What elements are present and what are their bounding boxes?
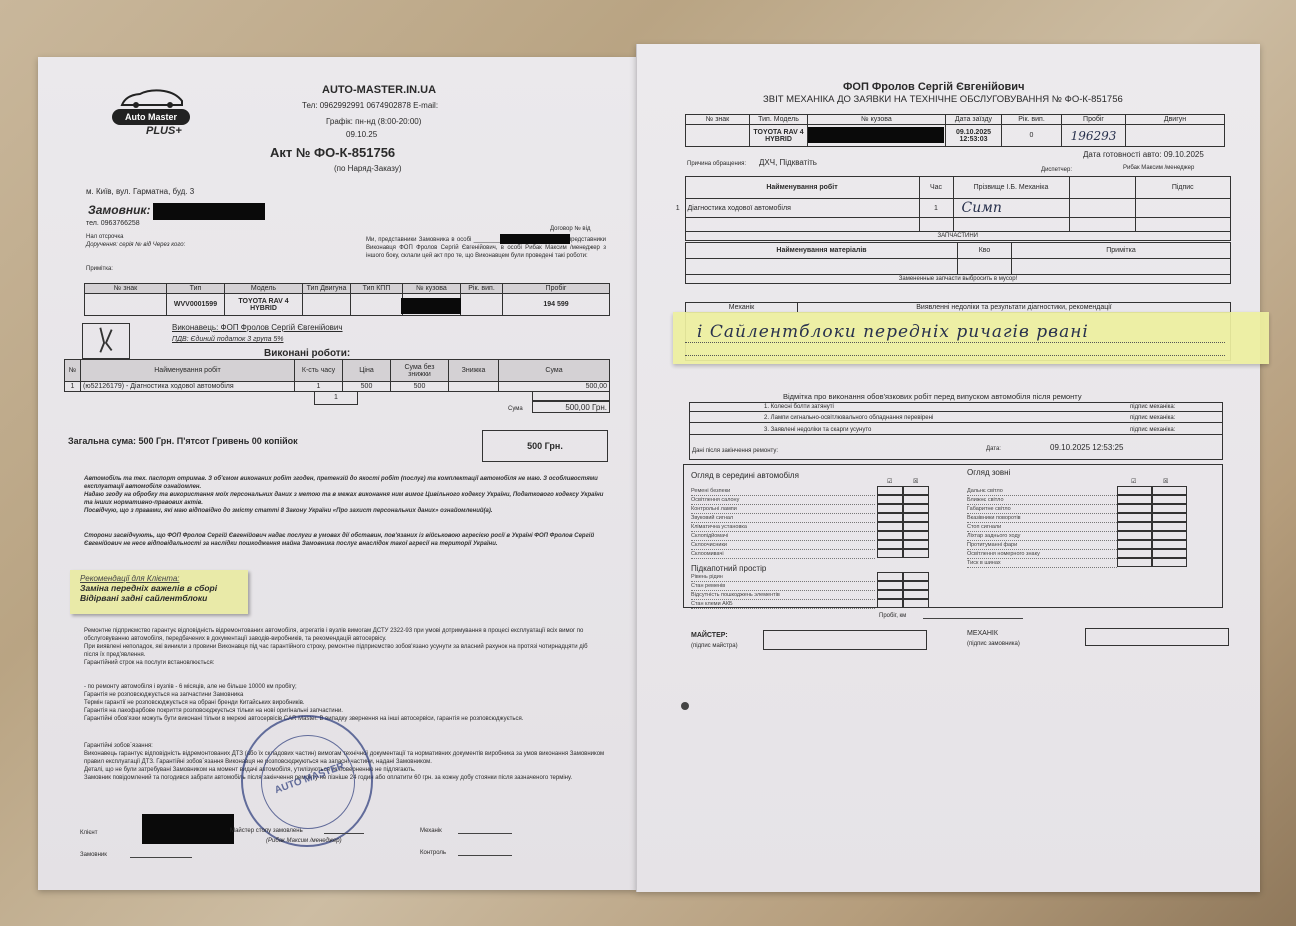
engine-checklist: Рівень рідинСтан ременівВідсутність пошк…: [691, 573, 875, 609]
handwritten-mileage: 196293: [1062, 125, 1126, 147]
dispatcher-label: Диспетчер:: [1041, 166, 1072, 174]
check-fail-cell[interactable]: [903, 599, 929, 608]
check-ok-cell[interactable]: [877, 581, 903, 590]
checklist-item-label: Рівень рідин: [691, 573, 875, 582]
check-fail-cell[interactable]: [903, 504, 929, 513]
check-fail-cell[interactable]: [903, 513, 929, 522]
act-page: Auto Master PLUS+ AUTO-MASTER.IN.UA Тел:…: [38, 57, 636, 890]
check-fail-cell[interactable]: [903, 549, 929, 558]
punch-hole: [681, 702, 689, 710]
checklist-item-label: Протитуманні фари: [967, 541, 1117, 550]
check-ok-cell[interactable]: [1117, 513, 1152, 522]
check-fail-cell[interactable]: [903, 531, 929, 540]
checklist-item-label: Склопідйомачі: [691, 532, 875, 541]
check-fail-cell[interactable]: [1152, 513, 1187, 522]
redacted-vin: [401, 298, 461, 314]
checklist-item-label: Освітлення салону: [691, 496, 875, 505]
checklist-item-label: Кліматична установка: [691, 523, 875, 532]
company-name: ФОП Фролов Сергій Євгенійович: [843, 81, 1024, 93]
redacted-customer-rep: [500, 234, 570, 244]
check-ok-cell[interactable]: [1117, 486, 1152, 495]
check-fail-cell[interactable]: [903, 572, 929, 581]
after-repair-label: Дані після закінчення ремонту:: [692, 447, 778, 455]
mechanic-signature-field[interactable]: [1085, 628, 1229, 646]
checklist-item-label: Вказівники поворотів: [967, 514, 1117, 523]
recommendation-item: Відірвані задні сайлентблоки: [80, 593, 238, 603]
report-title: ЗВІТ МЕХАНІКА ДО ЗАЯВКИ НА ТЕХНІЧНЕ ОБСЛ…: [763, 94, 1123, 105]
exterior-check-grid: [1117, 486, 1187, 567]
handwritten-mechanic-name: Симп: [953, 199, 1069, 218]
checklist-item-label: Дальнє світло: [967, 487, 1117, 496]
mechanic-works-table: Найменування робіт Час Прізвище І.Б. Мех…: [671, 176, 1231, 241]
checklist-item-label: Склоочисники: [691, 541, 875, 550]
vehicle-table: № знак Тип Модель Тип Двигуна Тип КПП № …: [84, 283, 610, 316]
dispatcher-value: Рибак Максим /менеджер: [1123, 164, 1194, 172]
deferral: Нал отсрочка: [86, 233, 124, 241]
check-fail-cell[interactable]: [1152, 558, 1187, 567]
check-fail-cell[interactable]: [903, 581, 929, 590]
redacted-vin: [808, 127, 944, 143]
checklist-item-label: Відсутність пошкоджень элементів: [691, 591, 875, 600]
grand-total-text: Загальна сума: 500 Грн. П'ятсот Гривень …: [68, 436, 298, 446]
power-of-attorney: Доручення: серія № від Через кого:: [86, 241, 185, 249]
checklist-item-label: Ближнє світло: [967, 496, 1117, 505]
checklist-title: Відмітка про виконання обов'язкових робі…: [783, 392, 1082, 401]
schedule: Графік: пн-нд (8:00-20:00): [326, 117, 421, 126]
checklist-box: 1. Колесні болти затянуті підпис механік…: [689, 402, 1223, 460]
warranty-text: Ремонтне підприємство гарантує відповідн…: [84, 627, 590, 667]
reason-value: ДХЧ, Підкватіть: [759, 158, 817, 167]
redacted-client-signature: [142, 814, 234, 844]
recommendations-title: Рекомендації для Клієнта:: [80, 574, 238, 583]
check-fail-cell[interactable]: [1152, 486, 1187, 495]
master-label: МАЙСТЕР:: [691, 632, 728, 639]
check-fail-cell[interactable]: [903, 522, 929, 531]
redacted-customer-name: [153, 203, 265, 220]
check-ok-cell[interactable]: [877, 531, 903, 540]
consent-text: Автомобіль та тех. паспорт отримав. З об…: [84, 475, 610, 515]
check-ok-cell[interactable]: [1117, 495, 1152, 504]
sign-control-label: Контроль: [420, 849, 446, 857]
customer-label: Замовник:: [88, 203, 151, 217]
mechanic-report-page: ФОП Фролов Сергій Євгенійович ЗВІТ МЕХАН…: [636, 44, 1260, 892]
sum-label: Сума: [508, 405, 523, 413]
note-label: Примітка:: [86, 265, 113, 273]
warranty-list: - по ремонту автомобіля і вузлів - 6 міс…: [84, 683, 590, 723]
checklist-item-label: Габаритне світло: [967, 505, 1117, 514]
engine-title: Підкапотний простір: [691, 564, 766, 573]
check-ok-cell[interactable]: [877, 599, 903, 608]
mileage-label: Пробіг, км: [879, 612, 906, 620]
check-ok-cell[interactable]: [1117, 549, 1152, 558]
recommendations-box: Рекомендації для Клієнта: Заміна передні…: [70, 570, 248, 614]
check-fail-cell[interactable]: [1152, 549, 1187, 558]
checklist-item-label: Освітлення номерного знаку: [967, 550, 1117, 559]
checklist-item: 2. Лампи сигнально-освітлювального облад…: [690, 413, 1223, 423]
exterior-title: Огляд зовні: [967, 468, 1010, 477]
check-ok-cell[interactable]: [877, 540, 903, 549]
parts-note: Замененные запчасти выбросить в мусор!: [686, 275, 1231, 284]
checklist-item: 3. Заявлені недоліки та скарги усунуто п…: [690, 424, 1223, 435]
ready-date: Дата готовності авто: 09.10.2025: [1083, 150, 1204, 159]
works-table: № Найменування робіт К-сть часу Ціна Сум…: [64, 359, 610, 392]
date-label: Дата:: [986, 445, 1001, 453]
check-fail-cell[interactable]: [1152, 540, 1187, 549]
check-ok-cell[interactable]: [877, 590, 903, 599]
master-signature-field[interactable]: [763, 630, 927, 650]
company-logo: Auto Master PLUS+: [112, 87, 192, 143]
check-fail-cell[interactable]: [903, 540, 929, 549]
check-fail-cell[interactable]: [903, 590, 929, 599]
check-ok-cell[interactable]: [877, 504, 903, 513]
table-row: 1 Діагностика ходової автомобіля 1 Симп: [671, 199, 1231, 218]
exterior-checklist: Дальнє світлоБлижнє світлоГабаритне світ…: [967, 487, 1117, 568]
check-fail-cell[interactable]: [903, 486, 929, 495]
table-row: 1 (ю52126179) - Діагностика ходової авто…: [65, 382, 610, 392]
wrench-icon: [83, 324, 129, 358]
checklist-item-label: Стан клеми АКБ: [691, 600, 875, 609]
works-title: Виконані роботи:: [264, 348, 350, 359]
parties-text: Ми, представники Замовника в особі _____…: [366, 236, 606, 260]
act-subtitle: (по Наряд-Заказу): [334, 164, 401, 173]
checklist-item: 1. Колесні болти затянуті підпис механік…: [690, 403, 1223, 412]
checklist-item-label: Тиск в шинах: [967, 559, 1117, 568]
car-icon: [120, 87, 184, 109]
sign-mechanic-label: Механік: [420, 827, 442, 835]
checklist-item-label: Ремені безпеки: [691, 487, 875, 496]
phones: Тел: 0962992991 0674902878 E-mail:: [302, 101, 438, 110]
check-ok-cell[interactable]: [877, 549, 903, 558]
sign-master-label: Майстер столу замовлень: [230, 827, 303, 835]
sign-master-name: (Рибак Максим /менеджер): [266, 837, 342, 845]
check-ok-cell[interactable]: [1117, 504, 1152, 513]
check-fail-cell[interactable]: [1152, 522, 1187, 531]
check-fail-cell[interactable]: [903, 495, 929, 504]
customer-phone: тел. 0963766258: [86, 220, 140, 228]
recommendation-item: Заміна передніх важелів в сборі: [80, 583, 238, 593]
sign-customer-label: Замовник: [80, 851, 107, 859]
interior-check-grid: [877, 486, 929, 558]
check-ok-cell[interactable]: [877, 495, 903, 504]
completion-date: 09.10.2025 12:53:25: [1050, 443, 1123, 452]
reason-label: Причина обращения:: [687, 160, 746, 168]
vehicle-table: № знак Тип. Модель № кузова Дата заїзду …: [685, 114, 1225, 147]
total-hours: 1: [314, 391, 358, 405]
check-ok-cell[interactable]: [877, 513, 903, 522]
check-ok-cell[interactable]: [877, 486, 903, 495]
handwritten-findings: і Сайлентблоки передніх ричагів рвані: [697, 322, 1089, 342]
contract-number: Договор № від: [550, 225, 590, 233]
parts-table: Найменування матеріалів Кво Примітка Зам…: [685, 242, 1231, 284]
grand-total-box: 500 Грн.: [482, 430, 608, 462]
checklist-item-label: Контрольні лампи: [691, 505, 875, 514]
mechanic-sub: (підпис замовника): [967, 640, 1020, 648]
vat-info: ПДВ: Єдиний податок 3 група 5%: [172, 336, 284, 343]
check-fail-cell[interactable]: [1152, 495, 1187, 504]
executor: Виконавець: ФОП Фролов Сергій Євгенійови…: [172, 323, 343, 332]
mechanic-label: МЕХАНІК: [967, 630, 998, 637]
act-date: 09.10.25: [346, 130, 377, 139]
checklist-item-label: Склоомивачі: [691, 550, 875, 559]
interior-checklist: Ремені безпекиОсвітлення салонуКонтрольн…: [691, 487, 875, 559]
address: м. Київ, вул. Гарматна, буд. 3: [86, 187, 194, 196]
check-ok-cell[interactable]: [1117, 531, 1152, 540]
checklist-item-label: Стан ременів: [691, 582, 875, 591]
check-ok-cell[interactable]: [1117, 540, 1152, 549]
tools-image: [82, 323, 130, 359]
sign-client-label: Клієнт: [80, 829, 97, 837]
site-name: AUTO-MASTER.IN.UA: [322, 84, 436, 96]
check-ok-cell[interactable]: [877, 572, 903, 581]
engine-check-grid: [877, 572, 929, 608]
check-fail-cell[interactable]: [1152, 531, 1187, 540]
check-fail-cell[interactable]: [1152, 504, 1187, 513]
checklist-item-label: Ліхтар заднього ходу: [967, 532, 1117, 541]
check-ok-cell[interactable]: [877, 522, 903, 531]
check-ok-cell[interactable]: [1117, 522, 1152, 531]
checklist-item-label: Стоп сигнали: [967, 523, 1117, 532]
checklist-item-label: Звуковий сигнал: [691, 514, 875, 523]
sum-value: 500,00 Грн.: [532, 401, 610, 413]
check-ok-cell[interactable]: [1117, 558, 1152, 567]
war-disclaimer: Сторони засвідчують, що ФОП Фролов Сергі…: [84, 532, 610, 548]
act-title: Акт № ФО-К-851756: [270, 145, 395, 160]
master-sub: (підпис майстра): [691, 642, 738, 650]
interior-title: Огляд в середині автомобіля: [691, 471, 799, 480]
parts-section-title: ЗАПЧАСТИНИ: [685, 232, 1231, 241]
